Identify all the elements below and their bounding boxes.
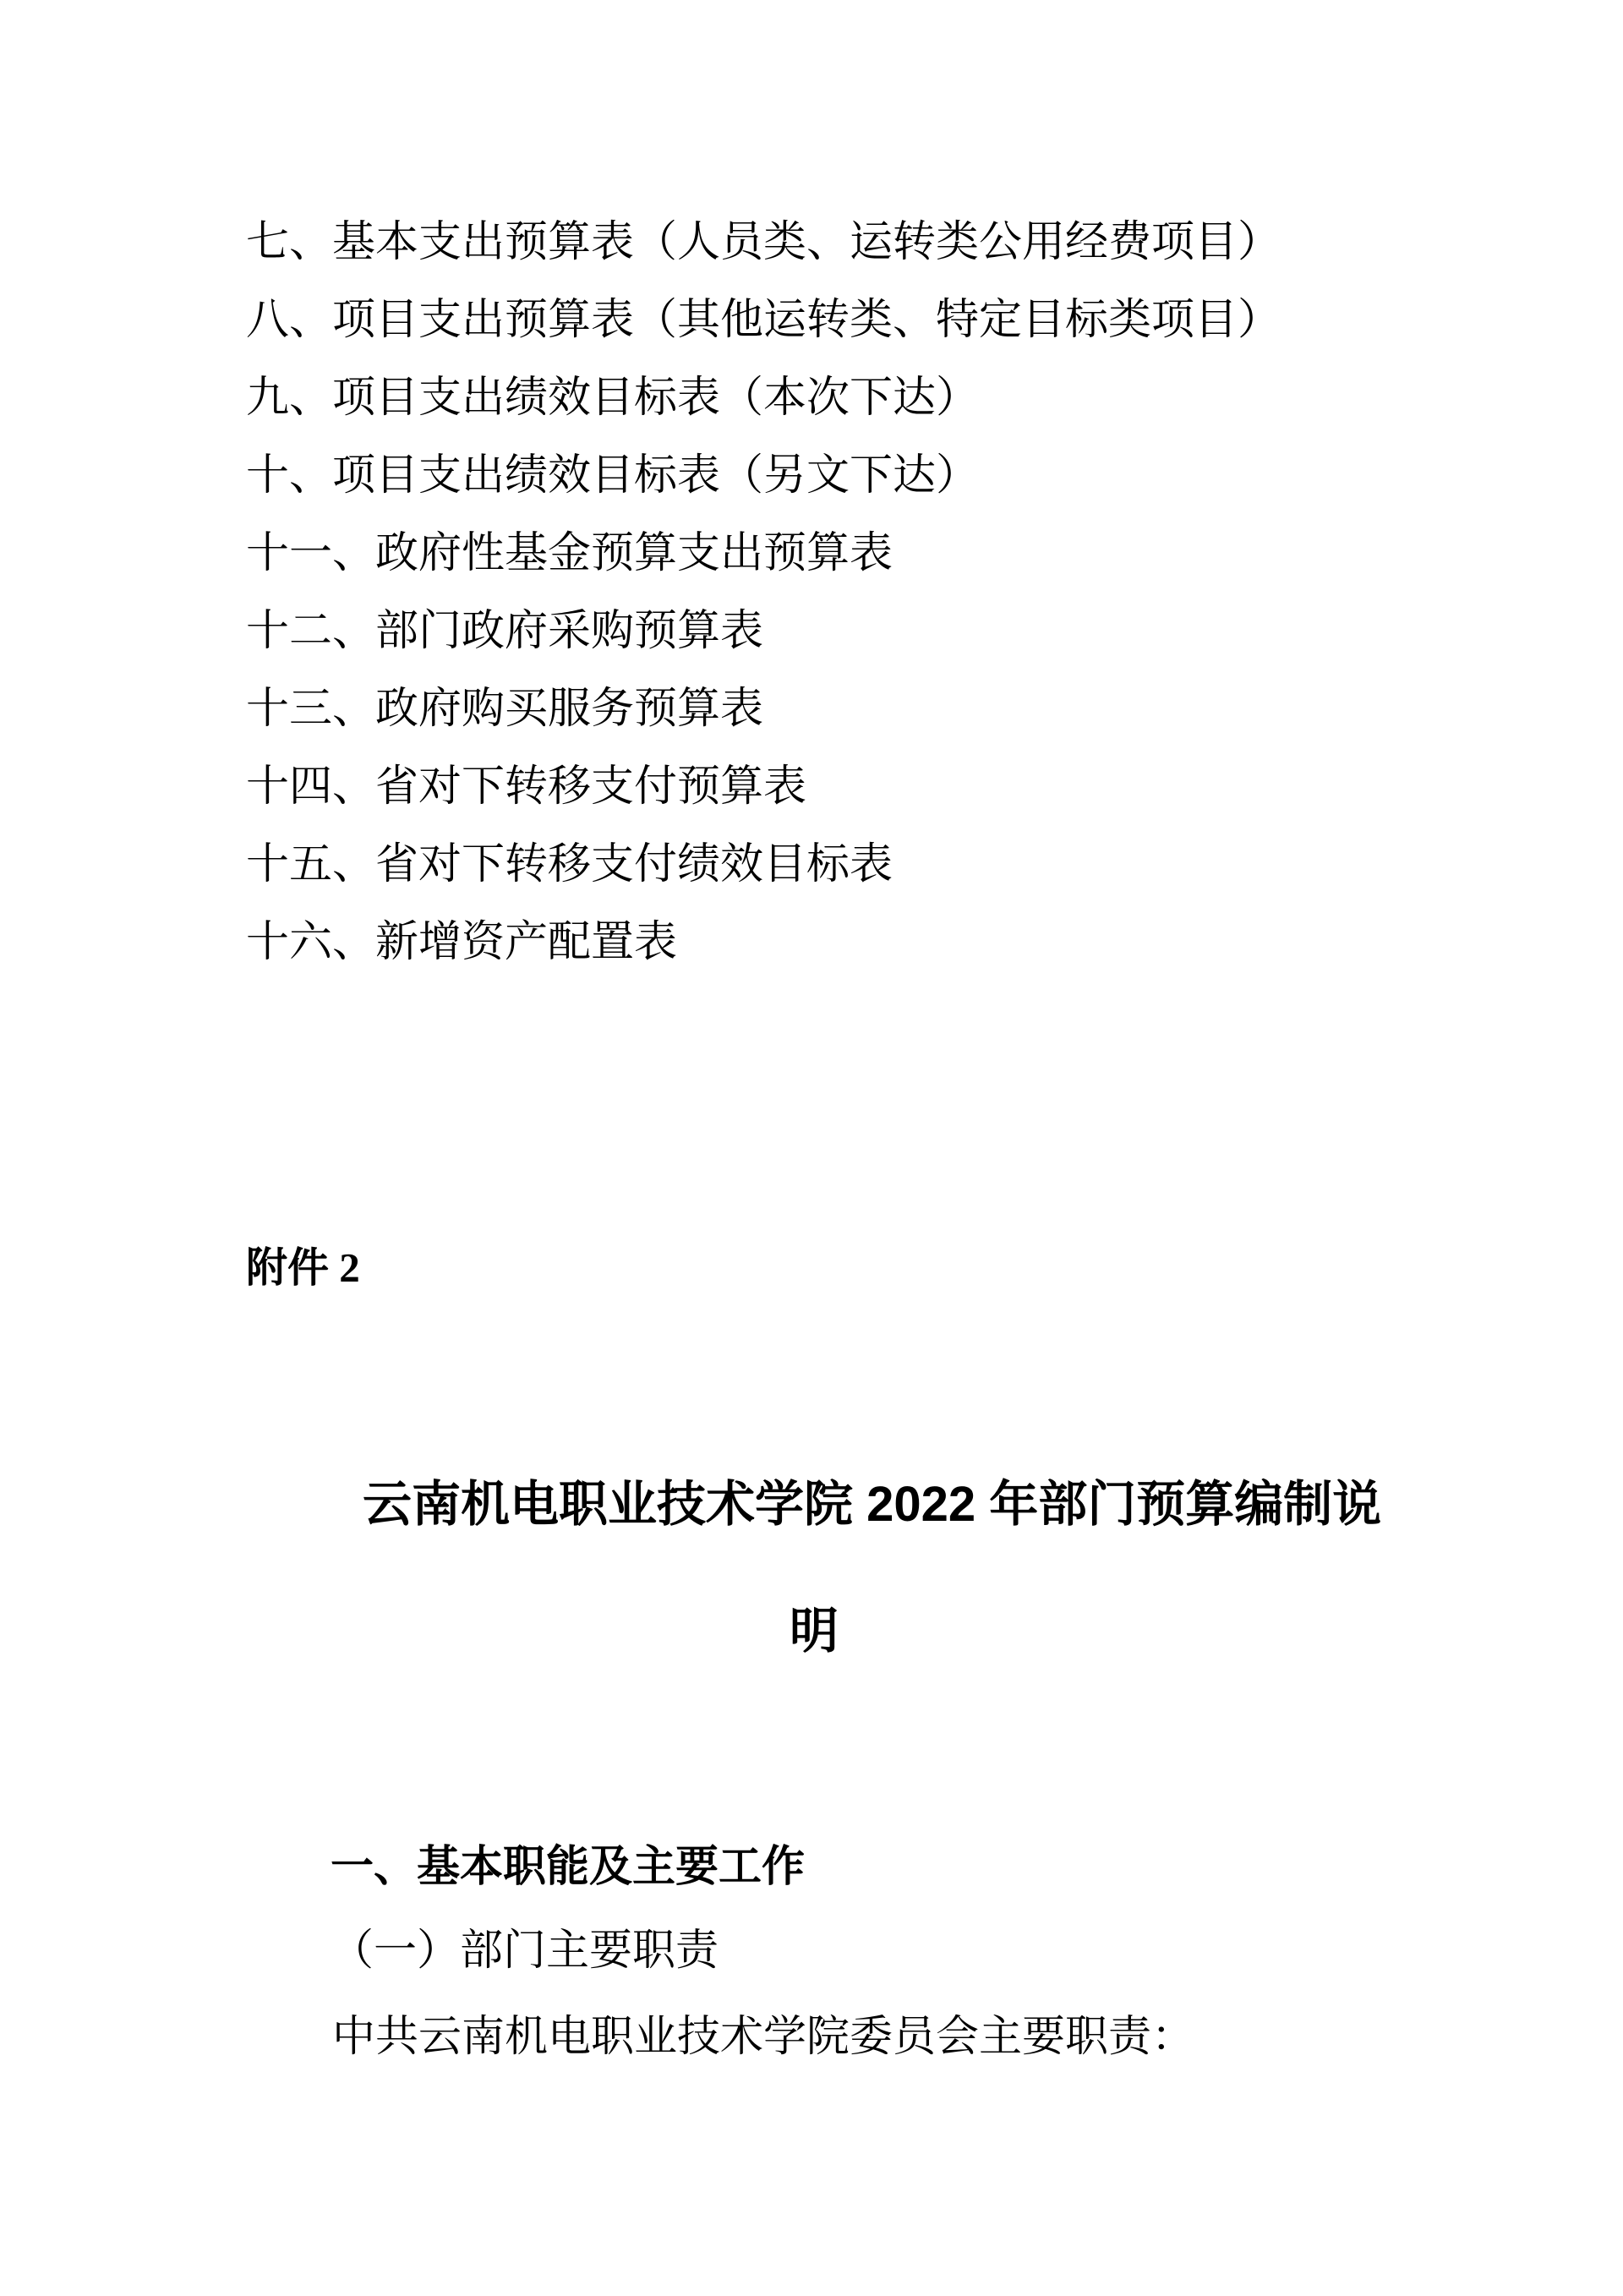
toc-item: 十、项目支出绩效目标表（另文下达） [246,437,1281,515]
subsection-heading: （一）部门主要职责 [331,1927,719,1976]
toc-item: 八、项目支出预算表（其他运转类、特定目标类项目） [246,282,1281,359]
toc-item: 十五、省对下转移支付绩效目标表 [246,826,1281,904]
toc-item: 十一、政府性基金预算支出预算表 [246,515,1281,593]
toc-item: 十二、部门政府采购预算表 [246,593,1281,670]
toc-item: 七、基本支出预算表（人员类、运转类公用经费项目） [246,204,1281,282]
toc-item: 十六、新增资产配置表 [246,904,1281,981]
section-heading: 一、基本职能及主要工作 [331,1842,805,1891]
document-title-line1: 云南机电职业技术学院 2022 年部门预算编制说 [363,1479,1381,1531]
body-paragraph: 中共云南机电职业技术学院委员会主要职责： [332,2013,1194,2062]
document-title-line2: 明 [790,1605,839,1658]
attachment-table-list: 七、基本支出预算表（人员类、运转类公用经费项目） 八、项目支出预算表（其他运转类… [246,204,1281,981]
document-page: 七、基本支出预算表（人员类、运转类公用经费项目） 八、项目支出预算表（其他运转类… [0,0,1623,2296]
toc-item: 十四、省对下转移支付预算表 [246,748,1281,826]
attachment-label: 附件 2 [246,1236,360,1300]
toc-item: 九、项目支出绩效目标表（本次下达） [246,359,1281,437]
toc-item: 十三、政府购买服务预算表 [246,670,1281,748]
